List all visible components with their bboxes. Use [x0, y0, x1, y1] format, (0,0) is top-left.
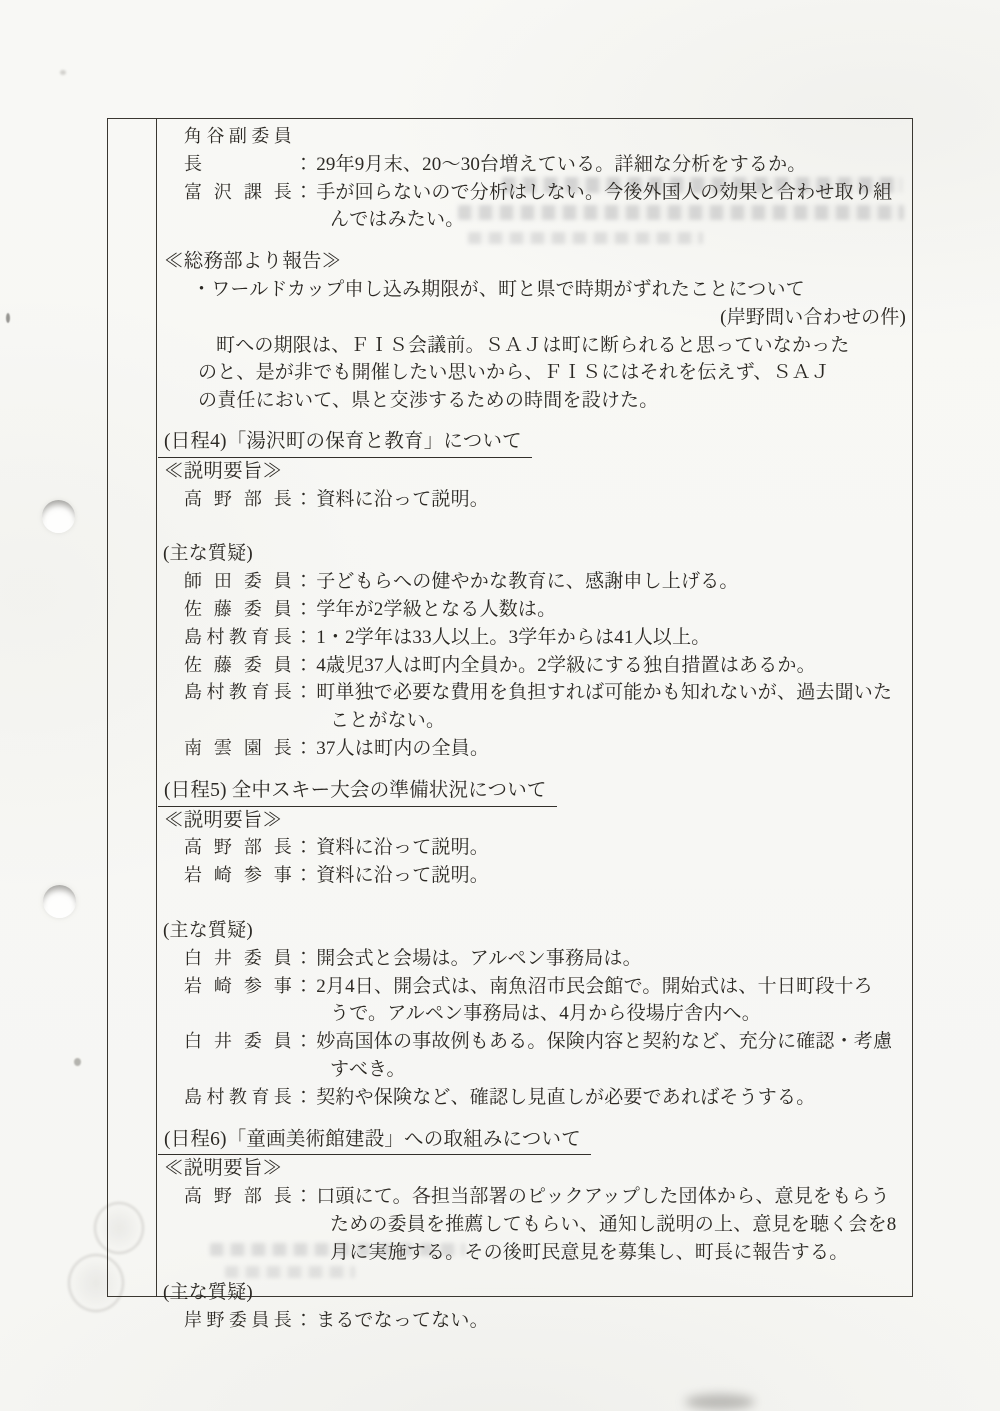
speaker-statement: 29年9月末、20～30台増えている。詳細な分析をするか。 [316, 154, 806, 175]
colon-separator: ： [294, 837, 313, 858]
speaker-name: 角谷副委員長 [184, 123, 292, 179]
speaker-statement: まるでなってない。 [316, 1310, 489, 1331]
speaker-line: 島村教育長：町単独で必要な費用を負担すれば可能かも知れないが、過去聞いたことがな… [184, 679, 904, 735]
speaker-name: 島村教育長 [184, 1084, 292, 1112]
bullet-item: ・ワールドカップ申し込み期限が、町と県で時期がずれたことについて [192, 276, 904, 304]
section-heading: ≪総務部より報告≫ [164, 248, 904, 276]
speaker-name: 高野部長 [184, 486, 292, 514]
spacer [184, 763, 904, 777]
speaker-statement: 町単独で必要な費用を負担すれば可能かも知れないが、過去聞いたことがない。 [316, 682, 892, 731]
agenda-item-heading-text: (日程6)「童画美術館建設」への取組みについて [158, 1126, 591, 1156]
colon-separator: ： [294, 154, 313, 175]
colon-separator: ： [294, 948, 313, 969]
colon-separator: ： [294, 738, 313, 759]
speaker-name: 島村教育長 [184, 679, 292, 707]
scan-speck [6, 313, 10, 323]
speaker-line: 高野部長：資料に沿って説明。 [184, 834, 904, 862]
speaker-line: 富沢課長：手が回らないので分析はしない。今後外国人の効果と合わせ取り組んではみた… [184, 179, 904, 235]
colon-separator: ： [294, 1031, 313, 1052]
speaker-line: 白井委員：開会式と会場は。アルペン事務局は。 [184, 945, 904, 973]
speaker-statement: 学年が2学級となる人数は。 [316, 599, 556, 620]
speaker-statement: 資料に沿って説明。 [316, 489, 489, 510]
speaker-name: 高野部長 [184, 834, 292, 862]
speaker-statement: 契約や保険など、確認し見直しが必要であればそうする。 [316, 1087, 815, 1108]
spacer [184, 890, 904, 917]
speaker-line: 岩崎参事：資料に沿って説明。 [184, 862, 904, 890]
speaker-name: 高野部長 [184, 1183, 292, 1211]
speaker-line: 島村教育長：1・2学年は33人以上。3学年からは41人以上。 [184, 624, 904, 652]
scanned-minutes-page: { "page": { "paper_color": "#f7f7f4", "i… [0, 0, 1000, 1411]
speaker-name: 佐藤委員 [184, 652, 292, 680]
right-aligned-note: (岸野問い合わせの件) [184, 304, 906, 332]
speaker-name: 師田委員 [184, 568, 292, 596]
speaker-statement: 1・2学年は33人以上。3学年からは41人以上。 [316, 627, 710, 648]
speaker-statement: 開会式と会場は。アルペン事務局は。 [316, 948, 642, 969]
binding-gutter-column [108, 119, 157, 1296]
spacer [184, 513, 904, 540]
colon-separator: ： [294, 682, 313, 703]
speaker-name: 岩崎参事 [184, 862, 292, 890]
speaker-statement: 子どもらへの健やかな教育に、感謝申し上げる。 [316, 571, 738, 592]
speaker-statement: 2月4日、開会式は、南魚沼市民会館で。開始式は、十日町段十ろうで。アルペン事務局… [316, 976, 873, 1025]
speaker-name: 南雲園長 [184, 735, 292, 763]
scan-speck [74, 1058, 81, 1066]
speaker-name: 佐藤委員 [184, 596, 292, 624]
minutes-table-frame: 角谷副委員長：29年9月末、20～30台増えている。詳細な分析をするか。富沢課長… [107, 118, 913, 1297]
speaker-line: 岩崎参事：2月4日、開会式は、南魚沼市民会館で。開始式は、十日町段十ろうで。アル… [184, 973, 904, 1029]
speaker-name: 富沢課長 [184, 179, 292, 207]
speaker-line: 白井委員：妙高国体の事故例もある。保険内容と契約など、充分に確認・考慮すべき。 [184, 1028, 904, 1084]
colon-separator: ： [294, 599, 313, 620]
speaker-name: 白井委員 [184, 1028, 292, 1056]
speaker-statement: 資料に沿って説明。 [316, 865, 489, 886]
colon-separator: ： [294, 627, 313, 648]
agenda-item-heading-text: (日程5) 全中スキー大会の準備状況について [158, 777, 557, 807]
subsection-heading: (主な質疑) [163, 1279, 904, 1307]
paragraph: 町への期限は、ＦＩＳ会議前。ＳＡＪは町に断られると思っていなかったのと、是が非で… [198, 332, 904, 415]
speaker-statement: 4歳児37人は町内全員か。2学級にする独自措置はあるか。 [316, 655, 816, 676]
speaker-line: 佐藤委員：4歳児37人は町内全員か。2学級にする独自措置はあるか。 [184, 652, 904, 680]
colon-separator: ： [294, 865, 313, 886]
scan-smudge [685, 1394, 755, 1410]
speaker-statement: 37人は町内の全員。 [316, 738, 489, 759]
colon-separator: ： [294, 1087, 313, 1108]
colon-separator: ： [294, 1186, 313, 1207]
speaker-statement: 手が回らないので分析はしない。今後外国人の効果と合わせ取り組んではみたい。 [316, 182, 892, 231]
speaker-line: 高野部長：資料に沿って説明。 [184, 486, 904, 514]
section-heading: ≪説明要旨≫ [164, 1155, 904, 1183]
speaker-line: 島村教育長：契約や保険など、確認し見直しが必要であればそうする。 [184, 1084, 904, 1112]
colon-separator: ： [294, 976, 313, 997]
minutes-content: 角谷副委員長：29年9月末、20～30台増えている。詳細な分析をするか。富沢課長… [158, 119, 912, 1296]
speaker-line: 師田委員：子どもらへの健やかな教育に、感謝申し上げる。 [184, 568, 904, 596]
agenda-item-heading: (日程6)「童画美術館建設」への取組みについて [158, 1126, 904, 1156]
speaker-line: 高野部長：口頭にて。各担当部署のピックアップした団体から、意見をもらうための委員… [184, 1183, 904, 1266]
speaker-name: 白井委員 [184, 945, 292, 973]
speaker-line: 南雲園長：37人は町内の全員。 [184, 735, 904, 763]
speaker-line: 佐藤委員：学年が2学級となる人数は。 [184, 596, 904, 624]
spacer [184, 234, 904, 248]
speaker-line: 角谷副委員長：29年9月末、20～30台増えている。詳細な分析をするか。 [184, 123, 904, 179]
subsection-heading: (主な質疑) [163, 917, 904, 945]
subsection-heading: (主な質疑) [163, 540, 904, 568]
scan-speck [60, 70, 66, 75]
spacer [184, 1112, 904, 1126]
speaker-name: 岩崎参事 [184, 973, 292, 1001]
colon-separator: ： [294, 489, 313, 510]
speaker-statement: 資料に沿って説明。 [316, 837, 489, 858]
agenda-item-heading: (日程5) 全中スキー大会の準備状況について [158, 777, 904, 807]
section-heading: ≪説明要旨≫ [164, 458, 904, 486]
speaker-statement: 口頭にて。各担当部署のピックアップした団体から、意見をもらうための委員を推薦して… [316, 1186, 896, 1263]
agenda-item-heading-text: (日程4)「湯沢町の保育と教育」について [158, 428, 532, 458]
colon-separator: ： [294, 1310, 313, 1331]
colon-separator: ： [294, 182, 313, 203]
punch-hole-bottom [43, 885, 76, 918]
punch-hole-top [42, 500, 75, 533]
agenda-item-heading: (日程4)「湯沢町の保育と教育」について [158, 428, 904, 458]
speaker-name: 島村教育長 [184, 624, 292, 652]
speaker-name: 岸野委員長 [184, 1307, 292, 1335]
colon-separator: ： [294, 655, 313, 676]
section-heading: ≪説明要旨≫ [164, 807, 904, 835]
spacer [184, 415, 904, 428]
speaker-line: 岸野委員長：まるでなってない。 [184, 1307, 904, 1335]
speaker-statement: 妙高国体の事故例もある。保険内容と契約など、充分に確認・考慮すべき。 [316, 1031, 892, 1080]
colon-separator: ： [294, 571, 313, 592]
spacer [184, 1266, 904, 1279]
